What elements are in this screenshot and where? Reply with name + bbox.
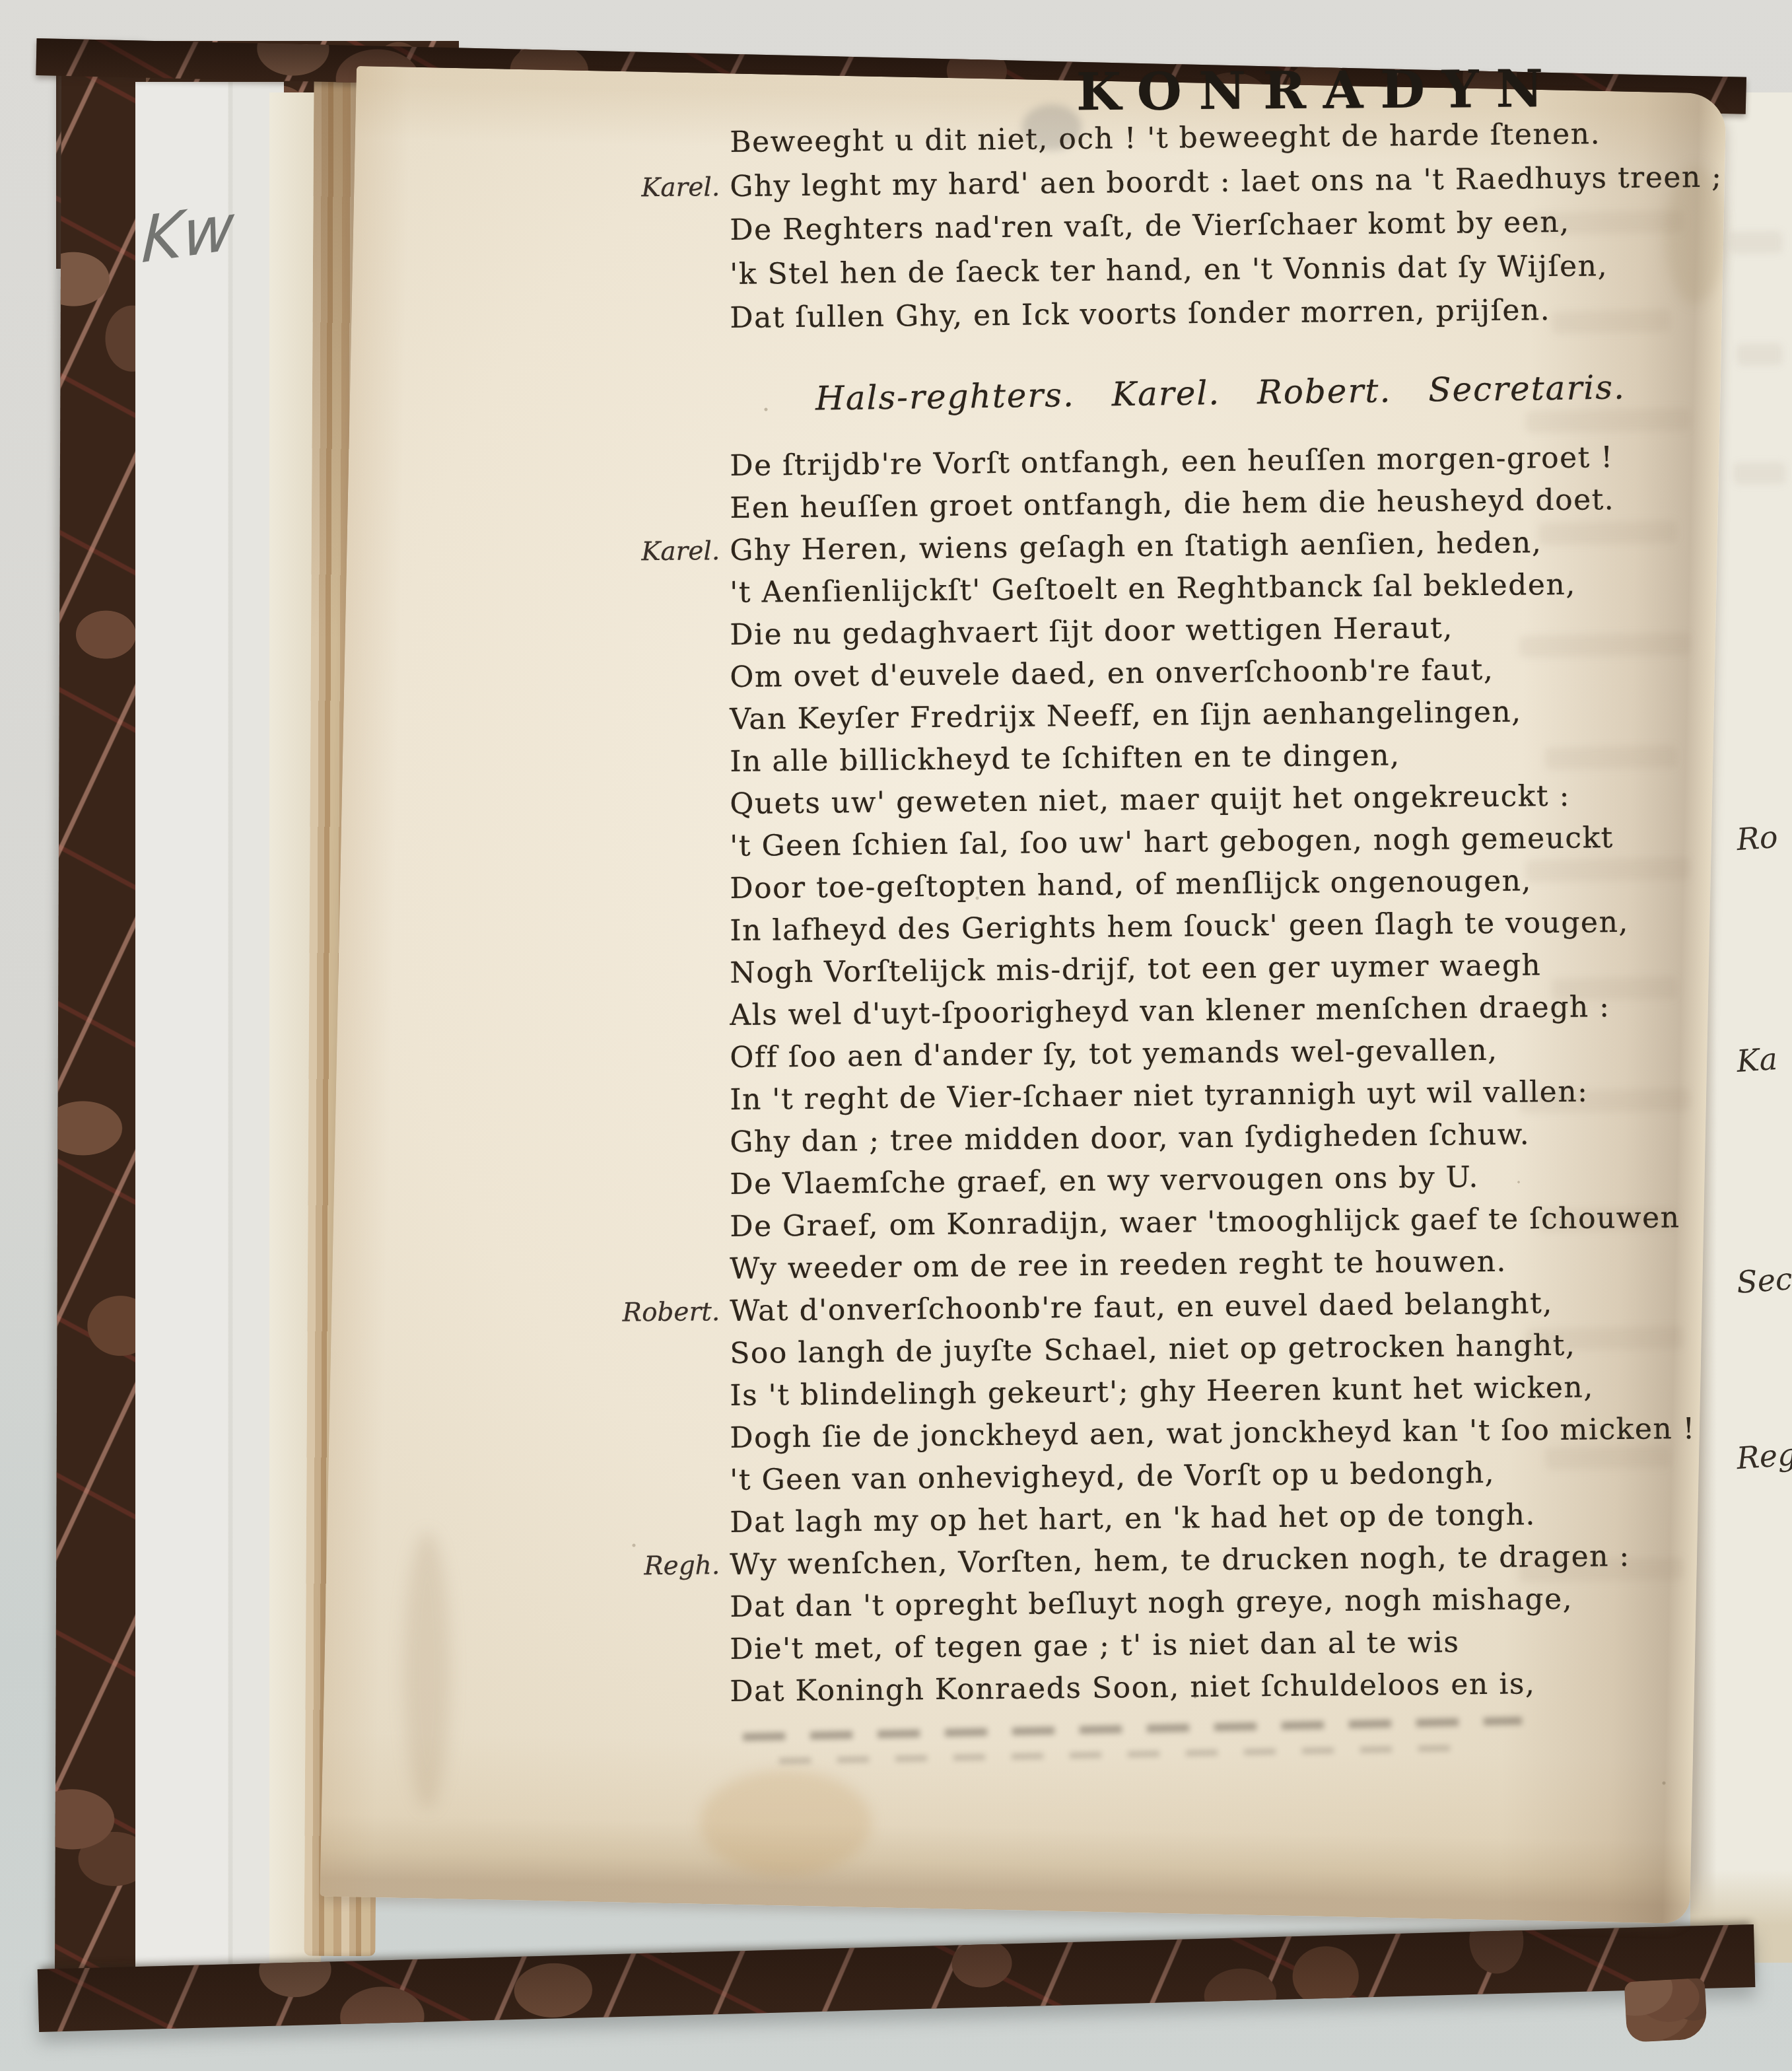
verse-text: Is 't blindelingh gekeurt'; ghy Heeren k…: [730, 1370, 1594, 1413]
verse-text: In lafheyd des Gerights hem ſouck' geen …: [730, 905, 1629, 948]
verse-text: Soo langh de juyſte Schael, niet op getr…: [730, 1329, 1576, 1370]
adjacent-page-speaker-fragment: Reg: [1735, 1436, 1792, 1476]
adjacent-page-speaker-fragment: Ro: [1735, 819, 1779, 857]
adjacent-page-speaker-fragment: Sec: [1735, 1261, 1792, 1300]
verse-text: Die't met, of tegen gae ; t' is niet dan…: [730, 1625, 1460, 1666]
speaker-label: Regh.: [561, 1551, 720, 1582]
verse-text: 't Geen ſchien ſal, ſoo uw' hart gebogen…: [730, 821, 1614, 863]
verse-text: Dat Koningh Konraeds Soon, niet ſchuldel…: [730, 1667, 1536, 1708]
verse-text: Wy weeder om de ree in reeden reght te h…: [730, 1245, 1507, 1286]
verse-text: Wy wenſchen, Vorſten, hem, te drucken no…: [730, 1539, 1630, 1582]
verse-text: In alle billickheyd te ſchiften en te di…: [730, 738, 1400, 779]
speaker-label: Karel.: [561, 536, 720, 567]
verse-text: De Vlaemſche graef, en wy vervougen ons …: [730, 1160, 1479, 1201]
verse-text: Die nu gedaghvaert ſijt door wettigen He…: [730, 611, 1453, 652]
verse-text: De Graef, om Konradijn, waer 'tmooghlijc…: [730, 1201, 1680, 1244]
verse-text: Ghy dan ; tree midden door, van ſydighed…: [730, 1117, 1530, 1159]
verse-text: Ghy Heren, wiens geſagh en ſtatigh aenſi…: [730, 526, 1542, 567]
verse-text: In 't reght de Vier-ſchaer niet tyrannig…: [730, 1075, 1589, 1117]
verse-text: 't Geen van onhevigheyd, de Vorſt op u b…: [730, 1456, 1495, 1497]
verse-text: Een heuſſen groet ontfangh, die hem die …: [730, 483, 1614, 525]
speaker-label: Robert.: [561, 1297, 720, 1328]
verse-text: De ſtrijdb're Vorſt ontfangh, een heuſſe…: [730, 440, 1614, 483]
verse-text: Door toe-geſtopten hand, of menſlijck on…: [730, 864, 1532, 905]
verse-text: Quets uw' geweten niet, maer quijt het o…: [730, 779, 1570, 821]
verse-text: Off ſoo aen d'ander ſy, tot yemands wel-…: [730, 1034, 1498, 1074]
verse-text: 't Aenſienlijckſt' Geſtoelt en Reghtbanc…: [730, 568, 1576, 610]
verse-text: Nogh Vorſtelijck mis-drijf, tot een ger …: [730, 948, 1541, 990]
verse-text: Als wel d'uyt-ſpoorigheyd van klener men…: [730, 990, 1610, 1032]
verse-text: Om ovet d'euvele daed, en onverſchoonb'r…: [730, 653, 1494, 694]
adjacent-page-speaker-fragment: Ka: [1735, 1041, 1778, 1079]
verse-text: Dat lagh my op het hart, en 'k had het o…: [730, 1498, 1536, 1539]
verse-text: Van Keyſer Fredrijx Neeff, en ſijn aenha…: [730, 695, 1522, 736]
verse-text: Dat dan 't opreght beſluyt nogh greye, n…: [730, 1582, 1573, 1624]
photo-of-open-book: KONRADYN Beweeght u dit niet, och ! 't b…: [0, 0, 1792, 2071]
verse-text: Dogh ſie de jonckheyd aen, wat jonckheyd…: [730, 1412, 1696, 1455]
verse-text: Wat d'onverſchoonb're faut, en euvel dae…: [730, 1286, 1553, 1328]
